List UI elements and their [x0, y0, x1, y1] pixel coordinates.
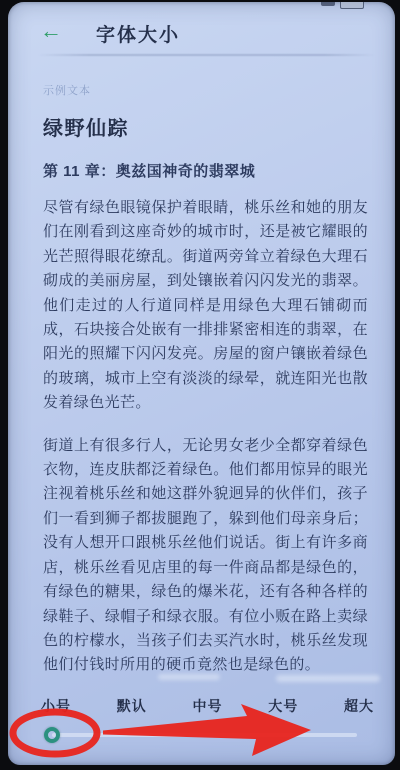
sample-paragraph-1: 尽管有绿色眼镜保护着眼睛，桃乐丝和她的朋友们在刚看到这座奇妙的城市时，还是被它耀… [43, 196, 368, 416]
header-divider [38, 54, 375, 56]
screen-glare [276, 675, 380, 682]
font-size-option-large[interactable]: 大号 [268, 696, 298, 716]
font-size-option-default[interactable]: 默认 [117, 696, 147, 716]
screen-glare [158, 674, 220, 680]
status-bar-remnant [321, 2, 367, 7]
sample-body-text: 尽管有绿色眼镜保护着眼睛，桃乐丝和她的朋友们在刚看到这座奇妙的城市时，还是被它耀… [43, 196, 368, 678]
app-header: ← 字体大小 [8, 16, 395, 52]
sample-text-label: 示例文本 [43, 82, 91, 98]
font-size-option-medium[interactable]: 中号 [193, 696, 223, 716]
font-size-option-small[interactable]: 小号 [41, 696, 71, 716]
page-title: 字体大小 [96, 20, 180, 47]
phone-screen: ← 字体大小 示例文本 绿野仙踪 第 11 章：奥兹国神奇的翡翠城 尽管有绿色眼… [8, 2, 395, 765]
font-size-slider-knob[interactable] [44, 727, 60, 743]
font-size-option-xlarge[interactable]: 超大 [344, 696, 374, 716]
sample-paragraph-2: 街道上有很多行人，无论男女老少全都穿着绿色衣物，连皮肤都泛着绿色。他们都用惊异的… [43, 434, 368, 678]
back-arrow-icon[interactable]: ← [40, 18, 62, 44]
chapter-heading: 第 11 章：奥兹国神奇的翡翠城 [43, 160, 255, 181]
font-size-slider-track[interactable] [52, 733, 357, 737]
font-size-options: 小号 默认 中号 大号 超大 [41, 696, 374, 716]
book-title: 绿野仙踪 [43, 112, 129, 141]
